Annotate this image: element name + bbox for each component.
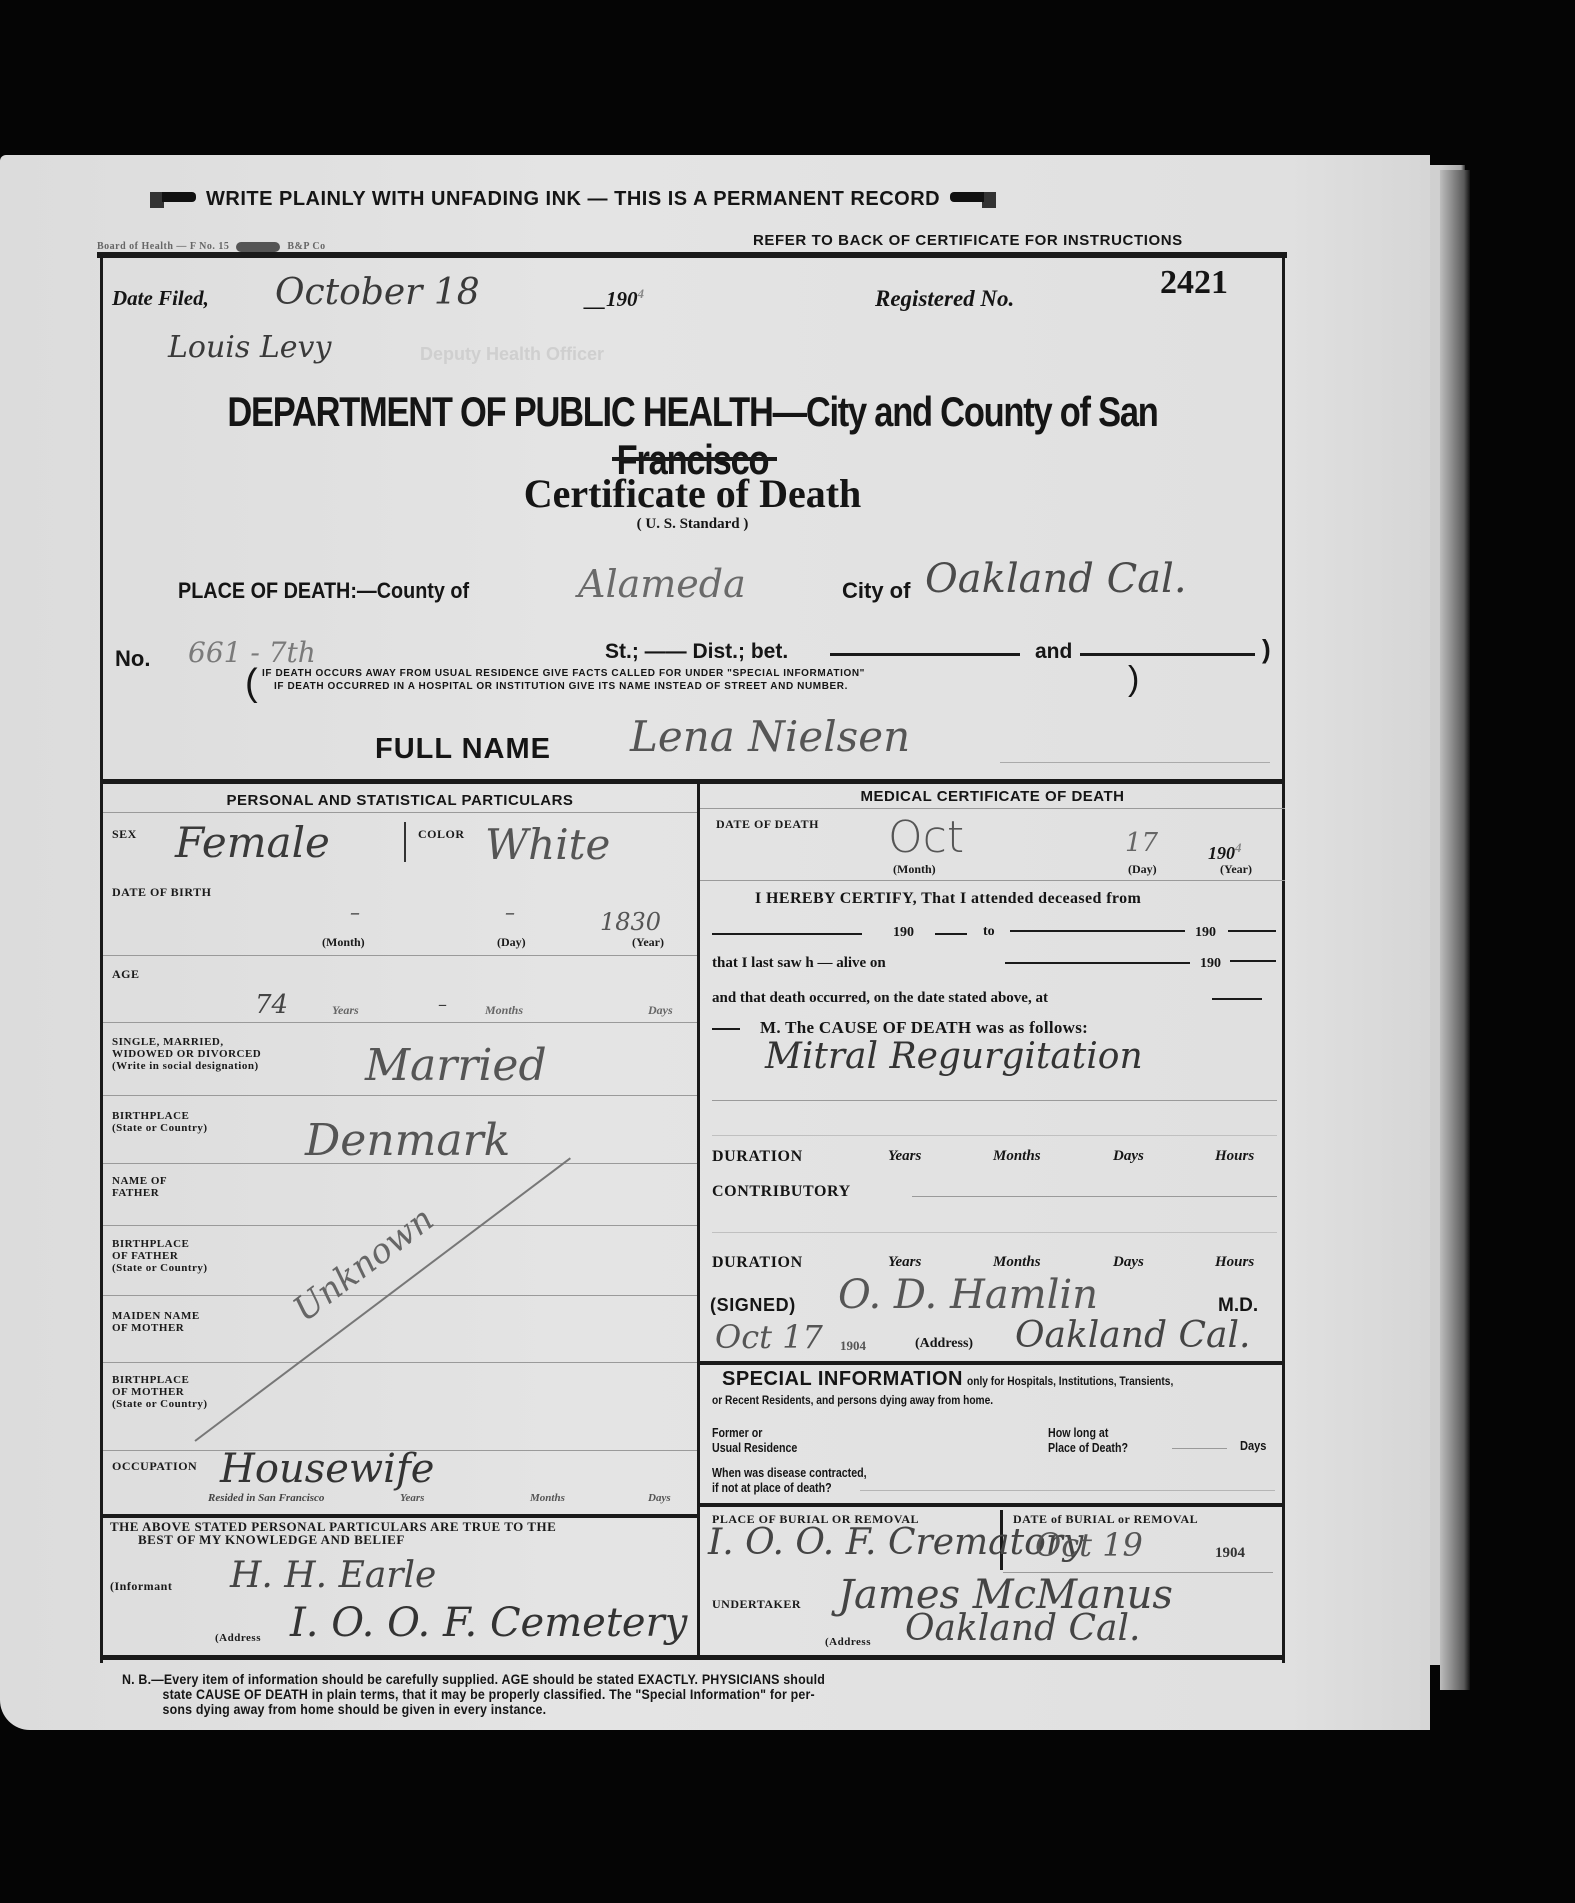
contracted-line [860, 1490, 1275, 1491]
section-rule [100, 779, 1285, 784]
informant-statement: THE ABOVE STATED PERSONAL PARTICULARS AR… [110, 1520, 556, 1546]
contributory-label: CONTRIBUTORY [712, 1183, 851, 1201]
marital-value[interactable]: Married [365, 1040, 547, 1091]
age-months[interactable]: – [438, 994, 447, 1015]
dod-day[interactable]: 17 [1125, 828, 1158, 858]
father-name-label: NAME OF FATHER [112, 1175, 167, 1199]
dob-label: DATE OF BIRTH [112, 886, 211, 899]
personal-line-4 [103, 1163, 697, 1164]
street-label: St.; —— Dist.; bet. [605, 640, 788, 664]
am-pm-line [712, 1028, 740, 1030]
marital-label-1: SINGLE, MARRIED, [112, 1036, 261, 1048]
from-190: 190 [893, 925, 914, 941]
personal-line-0 [103, 812, 697, 813]
place-note: IF DEATH OCCURS AWAY FROM USUAL RESIDENC… [262, 667, 865, 693]
burial-place[interactable]: I. O. O. F. Crematory [708, 1522, 1083, 1563]
dod-day-caption: (Day) [1128, 862, 1157, 877]
personal-line-1 [103, 955, 697, 956]
resided-years: Years [400, 1492, 424, 1504]
duration-label-1: DURATION [712, 1148, 803, 1166]
age-years[interactable]: 74 [255, 990, 288, 1020]
birthplace-label: BIRTHPLACE (State or Country) [112, 1110, 208, 1134]
informant-address-label: (Address [215, 1632, 261, 1645]
dob-month[interactable]: – [350, 900, 360, 924]
footnote-line-3: sons dying away from home should be give… [122, 1702, 825, 1717]
personal-line-7 [103, 1362, 697, 1363]
md-label: M.D. [1218, 1295, 1258, 1317]
medical-line-0 [700, 808, 1285, 809]
mother-name-label-1: MAIDEN NAME [112, 1310, 200, 1322]
physician-address[interactable]: Oakland Cal. [1015, 1315, 1250, 1356]
dod-label: DATE OF DEATH [716, 818, 819, 831]
dod-year-suffix[interactable]: 4 [1235, 840, 1242, 855]
personal-line-3 [103, 1095, 697, 1096]
contracted-label-1: When was disease contracted, [712, 1465, 867, 1480]
deputy-signature: Louis Levy [168, 330, 331, 365]
banner-text: WRITE PLAINLY WITH UNFADING INK — THIS I… [206, 188, 940, 211]
special-rule [700, 1361, 1285, 1365]
how-long-line [1172, 1448, 1227, 1449]
address-label-medical: (Address) [915, 1336, 973, 1352]
year-dash: __ [585, 287, 606, 311]
resided-label: Resided in San Francisco [208, 1492, 324, 1504]
mother-birthplace-label-3: (State or Country) [112, 1398, 208, 1410]
dod-month[interactable]: Oct [888, 812, 964, 863]
column-divider [697, 784, 700, 1659]
year-suffix[interactable]: 4 [638, 286, 645, 301]
deputy-label: Deputy Health Officer [420, 344, 604, 365]
dob-month-caption: (Month) [322, 935, 365, 950]
footnote: N. B.—Every item of information should b… [122, 1672, 825, 1717]
footnote-line-2: state CAUSE OF DEATH in plain terms, tha… [122, 1687, 825, 1702]
place-note-line-1: IF DEATH OCCURS AWAY FROM USUAL RESIDENC… [262, 667, 865, 680]
duration-days-1: Days [1113, 1148, 1144, 1165]
sex-value[interactable]: Female [175, 818, 330, 867]
death-occurred-text: and that death occurred, on the date sta… [712, 990, 1048, 1007]
registered-label: Registered No. [875, 286, 1014, 312]
last-saw-text: that I last saw h — alive on [712, 955, 886, 972]
special-heading-title: SPECIAL INFORMATION [722, 1368, 963, 1390]
and-label: and [1035, 640, 1072, 664]
duration-years-2: Years [888, 1254, 921, 1271]
father-birthplace-label-3: (State or Country) [112, 1262, 208, 1274]
birthplace-label-2: (State or Country) [112, 1122, 208, 1134]
refer-note: REFER TO BACK OF CERTIFICATE FOR INSTRUC… [753, 232, 1183, 249]
alive-date-line [1005, 962, 1190, 964]
alive-year-line [1230, 960, 1276, 962]
personal-line-6 [103, 1295, 697, 1296]
birthplace-label-1: BIRTHPLACE [112, 1110, 208, 1122]
mother-name-label-2: OF MOTHER [112, 1322, 200, 1334]
dob-year-caption: (Year) [632, 935, 664, 950]
occupation-value[interactable]: Housewife [220, 1446, 434, 1492]
signed-year[interactable]: 1904 [840, 1338, 866, 1354]
death-time-line [1212, 998, 1262, 1000]
color-label: COLOR [418, 828, 465, 841]
place-note-line-2: IF DEATH OCCURRED IN A HOSPITAL OR INSTI… [262, 680, 865, 693]
printer-seal-icon [236, 242, 280, 252]
occupation-label: OCCUPATION [112, 1460, 197, 1473]
full-name-label: FULL NAME [375, 733, 551, 766]
father-name-label-2: FATHER [112, 1187, 167, 1199]
how-long-label-1: How long at [1048, 1425, 1128, 1440]
certificate-title-wrap: Certificate of Death [100, 470, 1285, 517]
full-name-line [1000, 762, 1270, 763]
age-months-caption: Months [485, 1003, 523, 1018]
marital-label: SINGLE, MARRIED, WIDOWED OR DIVORCED (Wr… [112, 1036, 261, 1072]
street-no-label: No. [115, 646, 150, 672]
cause-of-death[interactable]: Mitral Regurgitation [765, 1036, 1143, 1077]
burial-rule [700, 1503, 1285, 1507]
father-birthplace-label-2: OF FATHER [112, 1250, 208, 1262]
registered-number[interactable]: 2421 [1160, 264, 1228, 302]
medical-heading: MEDICAL CERTIFICATE OF DEATH [700, 788, 1285, 805]
duration-hours-2: Hours [1215, 1254, 1254, 1271]
informant-name[interactable]: H. H. Earle [230, 1555, 436, 1596]
informant-label: (Informant [110, 1580, 172, 1593]
dod-year: 1904 [1208, 840, 1242, 864]
county-value[interactable]: Alameda [578, 562, 746, 606]
personal-heading: PERSONAL AND STATISTICAL PARTICULARS [103, 792, 697, 809]
alive-on-label: alive on [836, 955, 886, 971]
age-years-caption: Years [332, 1003, 359, 1018]
special-heading: SPECIAL INFORMATION only for Hospitals, … [722, 1368, 1282, 1391]
contracted-label: When was disease contracted, if not at p… [712, 1465, 867, 1495]
mother-birthplace-label-2: OF MOTHER [112, 1386, 208, 1398]
date-filed-value[interactable]: October 18 [275, 272, 480, 313]
resided-days: Days [648, 1492, 671, 1504]
st-label: St.; [605, 640, 639, 663]
personal-line-2 [103, 1022, 697, 1023]
mother-name-label: MAIDEN NAME OF MOTHER [112, 1310, 200, 1334]
duration-years-1: Years [888, 1148, 921, 1165]
year-prefix: 190 [606, 287, 638, 311]
from-year-line [935, 933, 967, 935]
pointing-hand-left-icon [950, 190, 996, 208]
color-value[interactable]: White [485, 820, 610, 869]
form-id-text: Board of Health — F No. 15 [97, 241, 229, 252]
us-standard: ( U. S. Standard ) [637, 516, 749, 532]
dob-day[interactable]: – [505, 900, 515, 924]
standard-wrap: ( U. S. Standard ) [100, 515, 1285, 533]
informant-address[interactable]: I. O. O. F. Cemetery [290, 1600, 687, 1646]
special-heading-note: only for Hospitals, Institutions, Transi… [967, 1374, 1173, 1388]
former-label-2: Usual Residence [712, 1440, 797, 1455]
city-value[interactable]: Oakland Cal. [925, 556, 1187, 602]
father-birthplace-label-1: BIRTHPLACE [112, 1238, 208, 1250]
to-label: to [983, 924, 995, 940]
how-long-label-2: Place of Death? [1048, 1440, 1128, 1455]
dob-year[interactable]: 1830 [600, 908, 661, 936]
city-label: City of [842, 578, 910, 604]
resided-months: Months [530, 1492, 565, 1504]
dod-year-prefix: 190 [1208, 843, 1235, 863]
father-birthplace-label: BIRTHPLACE OF FATHER (State or Country) [112, 1238, 208, 1274]
former-label-1: Former or [712, 1425, 797, 1440]
contracted-label-2: if not at place of death? [712, 1480, 867, 1495]
father-name-label-1: NAME OF [112, 1175, 167, 1187]
undertaker-label: UNDERTAKER [712, 1598, 801, 1611]
informant-rule [103, 1514, 697, 1518]
pointing-hand-right-icon [150, 190, 196, 208]
marital-label-3: (Write in social designation) [112, 1060, 261, 1072]
undertaker-address[interactable]: Oakland Cal. [905, 1608, 1140, 1649]
informant-statement-2: BEST OF MY KNOWLEDGE AND BELIEF [110, 1533, 556, 1546]
undertaker-address-label: (Address [825, 1636, 871, 1649]
burial-year[interactable]: 1904 [1215, 1545, 1245, 1562]
cause-intro: M. The CAUSE OF DEATH was as follows: [760, 1018, 1088, 1038]
alive-190: 190 [1200, 956, 1221, 972]
dist-label: Dist.; bet. [693, 640, 789, 663]
page-stack-shadow [1440, 170, 1470, 1690]
title-rule [612, 457, 777, 461]
to-190: 190 [1195, 925, 1216, 941]
from-date-line [712, 933, 862, 935]
cause-line-3 [712, 1135, 1277, 1136]
last-saw-label: that I last saw h [712, 955, 814, 971]
between-line-1 [830, 653, 1020, 656]
dob-day-caption: (Day) [497, 935, 526, 950]
mother-birthplace-label: BIRTHPLACE OF MOTHER (State or Country) [112, 1374, 208, 1410]
date-filed-year: __1904 [585, 286, 644, 312]
note-paren-open: ( [245, 662, 258, 705]
cause-line-2 [712, 1100, 1277, 1101]
header-banner: WRITE PLAINLY WITH UNFADING INK — THIS I… [150, 186, 1250, 212]
duration-months-2: Months [993, 1254, 1041, 1271]
bottom-rule [100, 1655, 1285, 1660]
physician-signature[interactable]: O. D. Hamlin [838, 1272, 1098, 1318]
footnote-line-1: N. B.—Every item of information should b… [122, 1672, 825, 1687]
how-long-days: Days [1240, 1438, 1266, 1453]
how-long-label: How long at Place of Death? [1048, 1425, 1128, 1455]
to-year-line [1228, 930, 1276, 932]
date-filed-label: Date Filed, [112, 286, 209, 311]
contributory-line-2 [712, 1232, 1277, 1233]
certify-text: I HEREBY CERTIFY, That I attended deceas… [755, 890, 1141, 908]
duration-label-2: DURATION [712, 1254, 803, 1272]
duration-days-2: Days [1113, 1254, 1144, 1271]
burial-date[interactable]: Oct 19 [1035, 1526, 1143, 1564]
sex-color-divider [404, 822, 406, 862]
sex-label: SEX [112, 828, 137, 841]
medical-line-1 [700, 880, 1285, 881]
contributory-line [912, 1196, 1277, 1197]
to-date-line [1010, 930, 1185, 932]
dod-year-caption: (Year) [1220, 862, 1252, 877]
age-label: AGE [112, 968, 140, 981]
place-of-death-label: PLACE OF DEATH:—County of [178, 578, 469, 604]
certificate-title: Certificate of Death [524, 471, 862, 516]
duration-hours-1: Hours [1215, 1148, 1254, 1165]
special-heading-note-2: or Recent Residents, and persons dying a… [712, 1393, 993, 1407]
mother-birthplace-label-1: BIRTHPLACE [112, 1374, 208, 1386]
signed-date[interactable]: Oct 17 [715, 1318, 823, 1356]
dod-month-caption: (Month) [893, 862, 936, 877]
between-line-2 [1080, 653, 1255, 656]
marital-label-2: WIDOWED OR DIVORCED [112, 1048, 261, 1060]
birthplace-value[interactable]: Denmark [305, 1115, 510, 1166]
printer-text: B&P Co [287, 241, 325, 252]
duration-months-1: Months [993, 1148, 1041, 1165]
age-days-caption: Days [648, 1003, 673, 1018]
signed-label: (SIGNED) [710, 1295, 796, 1316]
former-residence-label: Former or Usual Residence [712, 1425, 797, 1455]
paren-close: ) [1262, 634, 1271, 665]
note-paren-close: ) [1128, 660, 1139, 699]
full-name-value[interactable]: Lena Nielsen [630, 712, 910, 761]
